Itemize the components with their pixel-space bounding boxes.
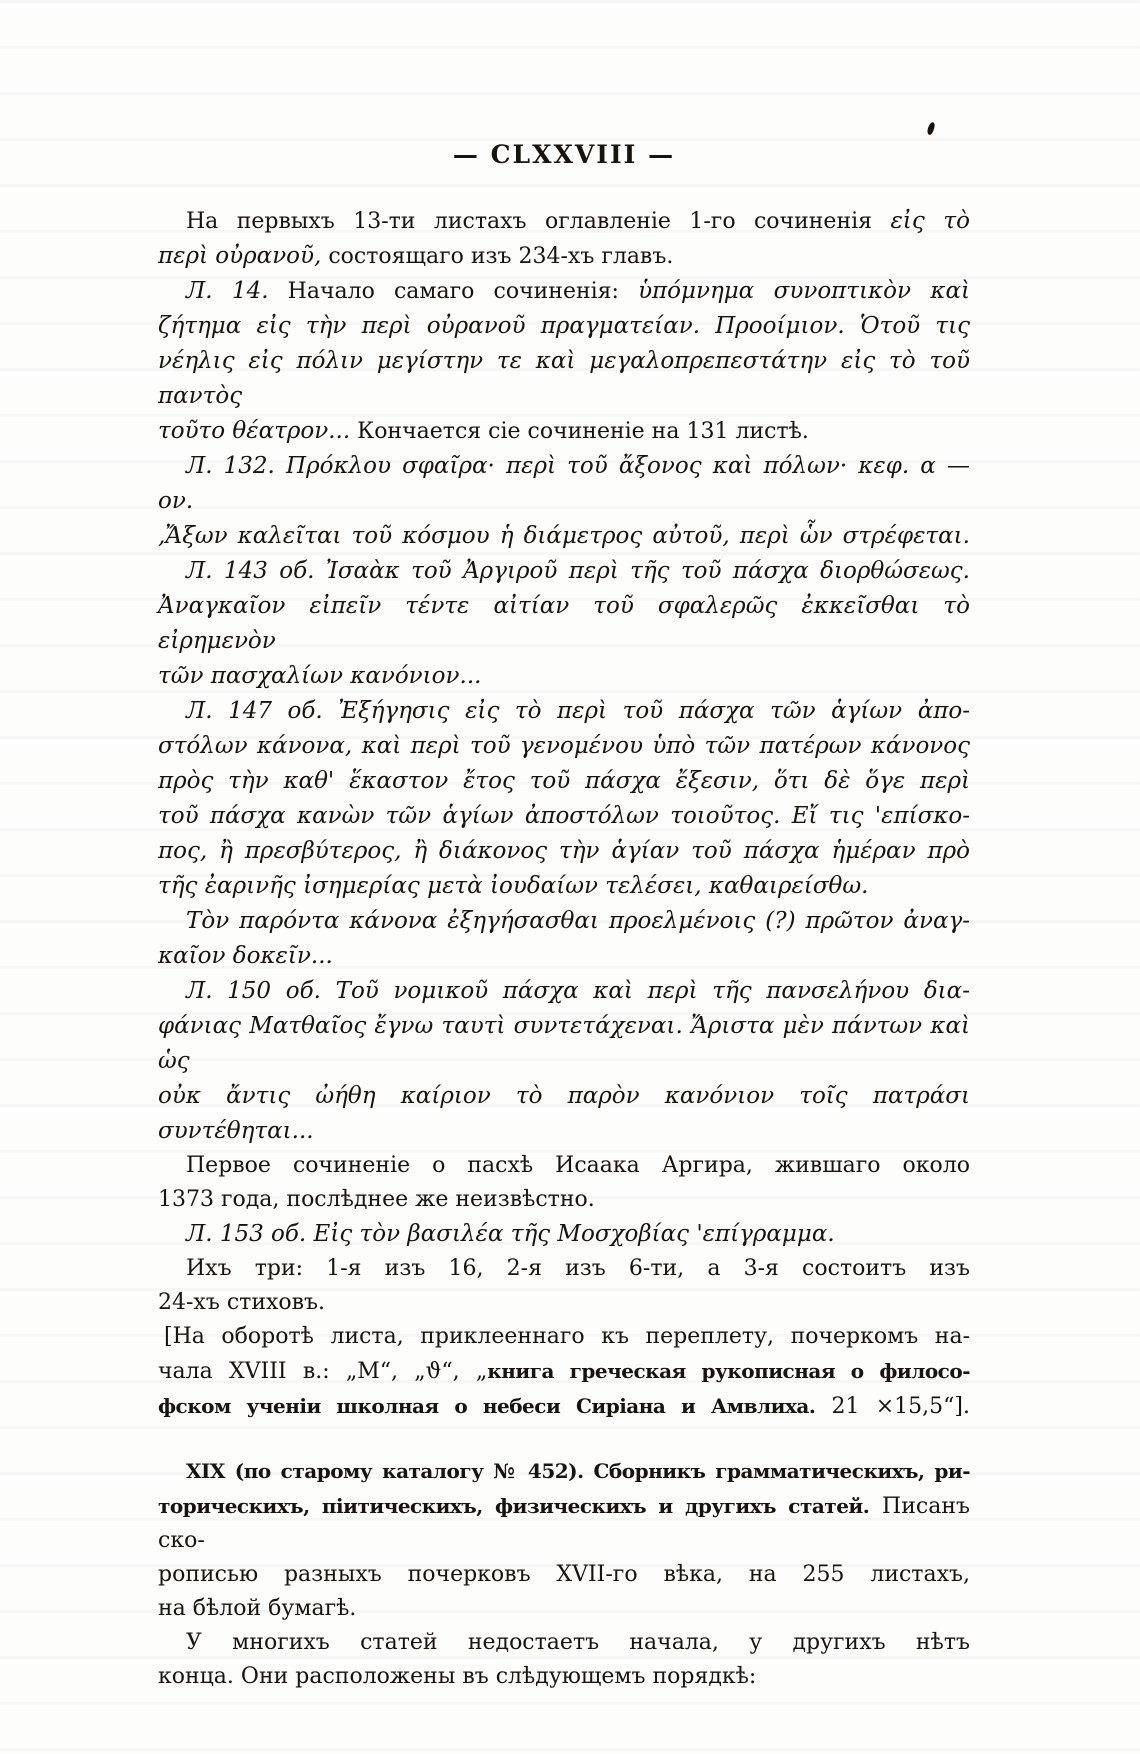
text-segment: на бѣлой бумагѣ.	[158, 1596, 356, 1621]
text-segment: τῆς ἐαρινῆς ἰσημερίας μετὰ ἰουδαίων τελέ…	[158, 873, 868, 899]
text-line: 1373 года, послѣднее же неизвѣстно.	[158, 1183, 970, 1217]
paragraph: Л. 150 об. Τοῦ νομικοῦ πάσχα καὶ περὶ τῆ…	[158, 974, 970, 1149]
text-line: ζήτημα εἰς τὴν περὶ οὐρανοῦ πραγματείαν.…	[158, 309, 970, 344]
text-line: фском ученіи школная о небеси Сиріана и …	[158, 1389, 970, 1424]
paragraph: На первыхъ 13-ти листахъ оглавленіе 1-го…	[158, 204, 970, 274]
text-segment: Начало самаго сочиненія:	[269, 279, 639, 304]
text-line: конца. Они расположены въ слѣдующемъ пор…	[158, 1660, 970, 1694]
text-segment: 24-хъ стиховъ.	[158, 1290, 325, 1315]
text-line: рописью разныхъ почерковъ XVII-го вѣка, …	[158, 1558, 970, 1592]
paragraph: Л. 153 об. Εἰς τὸν βασιλέα τῆς Μοσχοβίας…	[158, 1217, 970, 1252]
text-segment: εἰς τὸ	[890, 208, 970, 234]
text-segment: οὐκ ἄντις ὠήθη καίριον τὸ παρὸν κανόνιον…	[158, 1083, 970, 1144]
text-line: на бѣлой бумагѣ.	[158, 1592, 970, 1626]
text-segment: торическихъ, піитическихъ, физическихъ и…	[158, 1494, 869, 1518]
text-segment: На первыхъ 13-ти листахъ оглавленіе 1-го…	[186, 209, 890, 234]
text-line: τοῦτο θέατρον... Кончается сіе сочиненіе…	[158, 414, 970, 449]
text-line: чала XVIII в.: „М“, „ϑ“, „книга греческа…	[158, 1354, 970, 1389]
paragraph: Л. 143 об. Ἰσαὰκ τοῦ Ἀργιροῦ περὶ τῆς το…	[158, 554, 970, 694]
text-line: Л. 143 об. Ἰσαὰκ τοῦ Ἀργιροῦ περὶ τῆς το…	[158, 554, 970, 589]
text-segment: Кончается сіе сочиненіе на 131 листѣ.	[350, 419, 809, 444]
text-line: Л. 150 об. Τοῦ νομικοῦ πάσχα καὶ περὶ τῆ…	[158, 974, 970, 1009]
page-number: — CLXXVIII —	[158, 140, 970, 169]
text-line: τῆς ἐαρινῆς ἰσημερίας μετὰ ἰουδαίων τελέ…	[158, 869, 970, 904]
text-segment: [На оборотѣ листа, приклееннаго къ переп…	[164, 1324, 970, 1349]
text-line: τῶν πασχαλίων κανόνιον...	[158, 659, 970, 694]
text-line: Ихъ три: 1-я изъ 16, 2-я изъ 6-ти, а 3-я…	[158, 1252, 970, 1286]
text-segment: книга греческая рукописная о филосо-	[487, 1359, 970, 1383]
text-line: Л. 14. Начало самаго сочиненія: ὑπόμνημα…	[158, 274, 970, 309]
text-segment: φάνιας Ματθαῖος ἔγνω ταυτὶ συντετάχεναι.…	[158, 1013, 970, 1074]
text-segment: Τοῦ νομικοῦ πάσχα καὶ περὶ τῆς πανσελήνο…	[321, 978, 970, 1004]
text-line: На первыхъ 13-ти листахъ оглавленіе 1-го…	[158, 204, 970, 239]
text-segment: конца. Они расположены въ слѣдующемъ пор…	[158, 1664, 756, 1689]
text-segment: στόλων κάνονα, καὶ περὶ τοῦ γενομένου ὑπ…	[158, 733, 970, 759]
text-line: τοῦ πάσχα κανὼν τῶν ἁγίων ἀποστόλων τοιο…	[158, 799, 970, 834]
text-segment: Ἐξήγησις εἰς τὸ περὶ τοῦ πάσχα τῶν ἁγίων…	[323, 698, 970, 724]
text-line: Ἀναγκαῖον εἰπεῖν τέντε αἰτίαν τοῦ σφαλερ…	[158, 589, 970, 659]
text-segment: чала XVIII в.: „М“, „ϑ“, „	[158, 1359, 487, 1384]
text-segment: Εἰς τὸν βασιλέα τῆς Μοσχοβίας 'επίγραμμα…	[306, 1221, 834, 1247]
text-line: [На оборотѣ листа, приклееннаго къ переп…	[158, 1320, 970, 1354]
paragraph: Ихъ три: 1-я изъ 16, 2-я изъ 6-ти, а 3-я…	[158, 1252, 970, 1320]
text-segment: ζήτημα εἰς τὴν περὶ οὐρανοῦ πραγματείαν.…	[158, 313, 970, 339]
text-line: πρὸς τὴν καθ' ἕκαστον ἔτος τοῦ πάσχα ἔξε…	[158, 764, 970, 799]
text-line: Л. 153 об. Εἰς τὸν βασιλέα τῆς Μοσχοβίας…	[158, 1217, 970, 1252]
text-segment: ,Ἄξων καλεῖται τοῦ κόσμου ἡ διάμετρος αὐ…	[158, 523, 970, 549]
text-line: οὐκ ἄντις ὠήθη καίριον τὸ παρὸν κανόνιον…	[158, 1079, 970, 1149]
text-line: περὶ οὐρανοῦ, состоящаго изъ 234-хъ глав…	[158, 239, 970, 274]
paragraph: У многихъ статей недостаетъ начала, у др…	[158, 1626, 970, 1694]
paragraph: XIX (по старому каталогу № 452). Сборник…	[158, 1454, 970, 1626]
text-segment: ὑπόμνημα συνοπτικὸν καὶ	[638, 278, 970, 304]
text-segment: Л. 132.	[186, 453, 275, 479]
text-line: Τὸν παρόντα κάνονα ἐξηγήσασθαι προελμένο…	[158, 904, 970, 939]
text-segment: Πρόκλου σφαῖρα· περὶ τοῦ ἄξονος καὶ πόλω…	[158, 453, 970, 514]
text-segment: Ихъ три: 1-я изъ 16, 2-я изъ 6-ти, а 3-я…	[186, 1256, 970, 1281]
text-segment: τοῦτο θέατρον...	[158, 418, 350, 444]
text-segment: фском ученіи школная о небеси Сиріана и …	[158, 1394, 815, 1418]
text-segment: Ἰσαὰκ τοῦ Ἀργιροῦ περὶ τῆς τοῦ πάσχα διο…	[314, 558, 970, 584]
paragraph: Первое сочиненіе о пасхѣ Исаака Аргира, …	[158, 1149, 970, 1217]
text-segment: Л. 143 об.	[186, 558, 314, 584]
text-segment: Л. 150 об.	[186, 978, 321, 1004]
text-segment: 1373 года, послѣднее же неизвѣстно.	[158, 1187, 595, 1212]
text-line: Л. 132. Πρόκλου σφαῖρα· περὶ τοῦ ἄξονος …	[158, 449, 970, 519]
text-line: καῖον δοκεῖν...	[158, 939, 970, 974]
paragraph: Τὸν παρόντα κάνονα ἐξηγήσασθαι προελμένο…	[158, 904, 970, 974]
text-segment: τοῦ πάσχα κανὼν τῶν ἁγίων ἀποστόλων τοιο…	[158, 803, 970, 829]
ink-speck	[927, 121, 936, 135]
text-block: На первыхъ 13-ти листахъ оглавленіе 1-го…	[158, 204, 970, 1694]
text-line: Л. 147 об. Ἐξήγησις εἰς τὸ περὶ τοῦ πάσχ…	[158, 694, 970, 729]
text-segment: Первое сочиненіе о пасхѣ Исаака Аргира, …	[186, 1153, 970, 1178]
text-segment: Л. 14.	[186, 278, 269, 304]
text-segment: περὶ οὐρανοῦ,	[158, 243, 321, 269]
paragraph: [На оборотѣ листа, приклееннаго къ переп…	[158, 1320, 970, 1424]
text-line: φάνιας Ματθαῖος ἔγνω ταυτὶ συντετάχεναι.…	[158, 1009, 970, 1079]
text-segment: рописью разныхъ почерковъ XVII-го вѣка, …	[158, 1562, 970, 1587]
text-segment: Л. 147 об.	[186, 698, 323, 724]
text-segment: Л. 153 об.	[186, 1221, 306, 1247]
text-line: XIX (по старому каталогу № 452). Сборник…	[158, 1454, 970, 1489]
text-line: Первое сочиненіе о пасхѣ Исаака Аргира, …	[158, 1149, 970, 1183]
text-line: πος, ἢ πρεσβύτερος, ἢ διάκονος τὴν ἁγίαν…	[158, 834, 970, 869]
text-segment: πος, ἢ πρεσβύτερος, ἢ διάκονος τὴν ἁγίαν…	[158, 838, 970, 864]
text-segment: καῖον δοκεῖν...	[158, 943, 333, 969]
paragraph: Л. 147 об. Ἐξήγησις εἰς τὸ περὶ τοῦ πάσχ…	[158, 694, 970, 904]
paragraph: Л. 132. Πρόκλου σφαῖρα· περὶ τοῦ ἄξονος …	[158, 449, 970, 554]
text-segment: τῶν πασχαλίων κανόνιον...	[158, 663, 481, 689]
text-line: νέηλις εἰς πόλιν μεγίστην τε καὶ μεγαλοπ…	[158, 344, 970, 414]
text-segment: 21 ×15,5“].	[815, 1394, 970, 1419]
text-line: στόλων κάνονα, καὶ περὶ τοῦ γενομένου ὑπ…	[158, 729, 970, 764]
text-segment: πρὸς τὴν καθ' ἕκαστον ἔτος τοῦ πάσχα ἔξε…	[158, 768, 970, 794]
text-line: У многихъ статей недостаетъ начала, у др…	[158, 1626, 970, 1660]
text-segment: XIX (по старому каталогу № 452). Сборник…	[186, 1459, 970, 1483]
page: — CLXXVIII — На первыхъ 13-ти листахъ ог…	[0, 0, 1140, 1754]
text-segment: Ἀναγκαῖον εἰπεῖν τέντε αἰτίαν τοῦ σφαλερ…	[158, 593, 970, 654]
paragraph: Л. 14. Начало самаго сочиненія: ὑπόμνημα…	[158, 274, 970, 449]
text-segment: состоящаго изъ 234-хъ главъ.	[321, 244, 673, 269]
text-segment: У многихъ статей недостаетъ начала, у др…	[186, 1630, 970, 1655]
text-line: торическихъ, піитическихъ, физическихъ и…	[158, 1489, 970, 1558]
text-segment: νέηλις εἰς πόλιν μεγίστην τε καὶ μεγαλοπ…	[158, 348, 970, 409]
text-segment: Τὸν παρόντα κάνονα ἐξηγήσασθαι προελμένο…	[186, 908, 970, 934]
text-line: ,Ἄξων καλεῖται τοῦ κόσμου ἡ διάμετρος αὐ…	[158, 519, 970, 554]
text-line: 24-хъ стиховъ.	[158, 1286, 970, 1320]
